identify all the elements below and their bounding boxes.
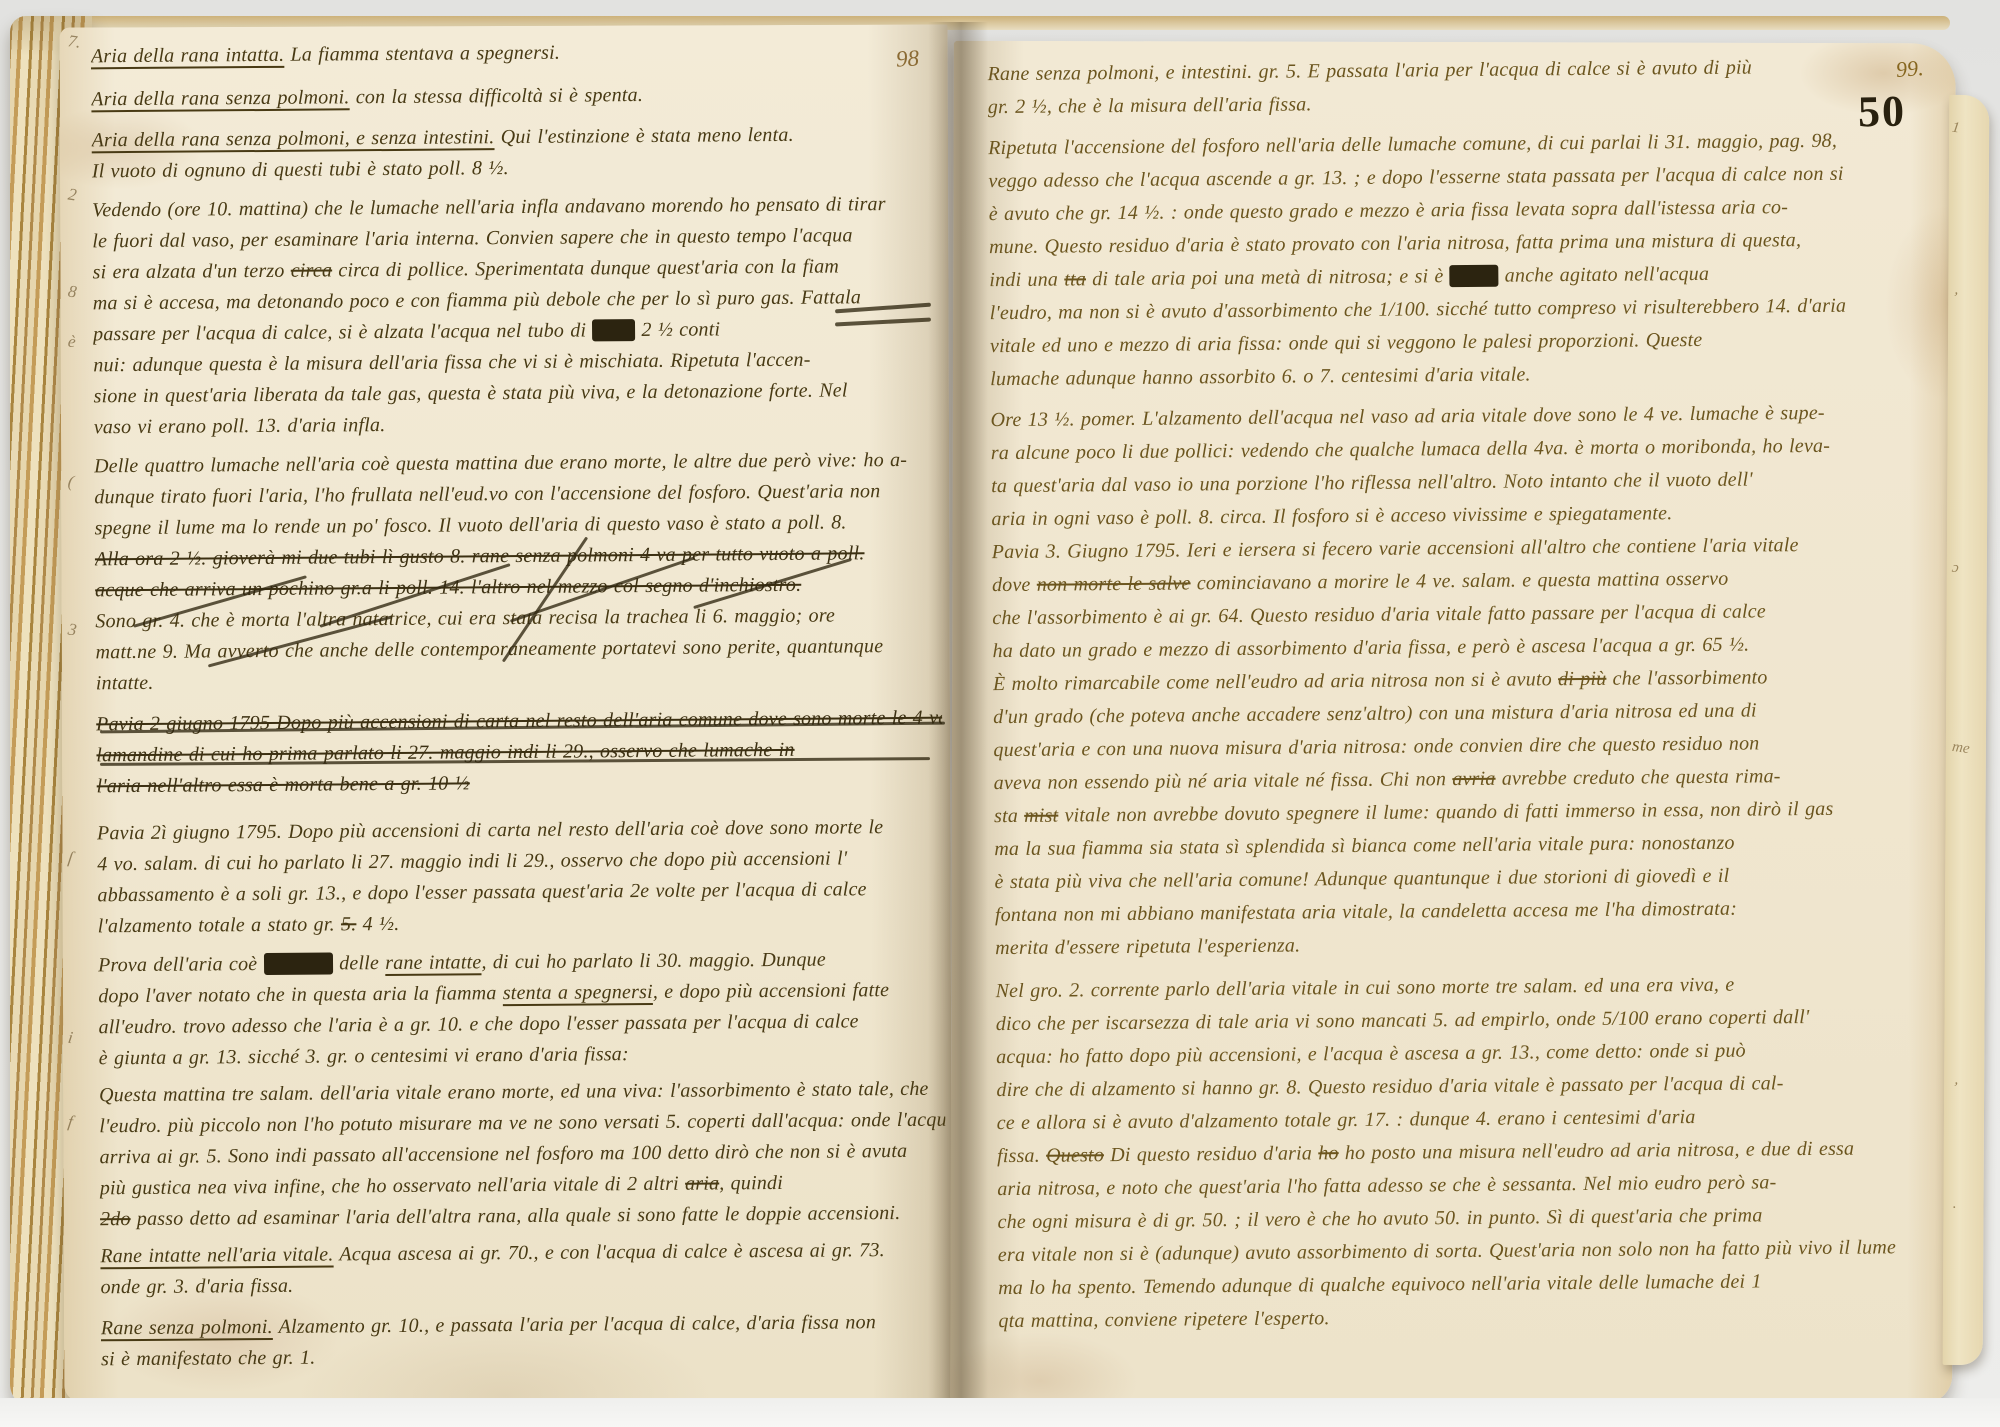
manuscript-text-segment: all'eudro. trovo adesso che l'aria è a g…	[98, 1010, 858, 1038]
manuscript-line: Aria della rana senza polmoni. con la st…	[91, 78, 937, 116]
manuscript-text-segment: che ogni misura è di gr. 50. ; il vero è…	[997, 1204, 1762, 1233]
manuscript-text-segment: Rane intatte nell'aria vitale.	[100, 1243, 333, 1267]
manuscript-text-segment: passare per l'acqua di calce, si è alzat…	[93, 319, 593, 345]
margin-mark: f	[67, 1112, 74, 1132]
manuscript-text-segment: era vitale non si è (adunque) avuto asso…	[998, 1236, 1896, 1266]
manuscript-text-segment: , di cui ho parlato li 30. maggio. Dunqu…	[481, 949, 826, 974]
manuscript-text-segment: nell'aria	[263, 952, 333, 975]
manuscript-text-segment: circa	[291, 259, 333, 281]
margin-mark: 2	[67, 185, 78, 206]
manuscript-text-segment: l'eudro, ma non si è avuto d'assorbiment…	[990, 295, 1847, 324]
manuscript-text-segment: ra alcune poco li due pollici: vedendo c…	[991, 435, 1830, 464]
manuscript-text-segment: ce e allora si è avuto d'alzamento total…	[997, 1106, 1696, 1134]
manuscript-text-segment: che l'assorbimento è ai gr. 64. Questo r…	[992, 600, 1766, 629]
manuscript-text-segment: le fuori dal vaso, per esaminare l'aria …	[92, 224, 852, 252]
manuscript-text-segment: è giunta a gr. 13. sicché 3. gr. o cente…	[99, 1043, 629, 1069]
manuscript-text-segment: Il vuoto di ognuno di questi tubi è stat…	[92, 157, 509, 182]
manuscript-text-segment: tta	[1064, 268, 1086, 290]
manuscript-line: l'alzamento totale a stato gr. 5. 4 ½.	[98, 905, 944, 943]
manuscript-text-segment: matt.ne 9. Ma avverto che anche delle co…	[95, 635, 883, 663]
margin-mark: ·	[1951, 1200, 1957, 1217]
margin-mark: i	[67, 1028, 74, 1048]
manuscript-text-segment: onde gr. 3. d'aria fissa.	[100, 1275, 293, 1299]
manuscript-text-segment: indi una	[989, 269, 1064, 292]
manuscript-text-segment: l'eudro. più piccolo non l'ho potuto mis…	[99, 1109, 945, 1138]
manuscript-line: vaso vi erano poll. 13. d'aria infla.	[94, 406, 940, 444]
margin-mark: ’	[1951, 290, 1958, 308]
manuscript-text-segment: Ripetuta l'accensione del fosforo nell'a…	[988, 130, 1837, 159]
manuscript-text-segment: Vedendo (ore 10. mattina) che le lumache…	[92, 193, 886, 221]
manuscript-text-segment: abbassamento è a soli gr. 13., e dopo l'…	[97, 878, 866, 906]
manuscript-text-segment: Di questo residuo d'aria	[1104, 1142, 1318, 1166]
manuscript-text-segment: d'un grado (che poteva anche accadere se…	[993, 699, 1757, 728]
manuscript-text-segment: è stata più viva che nell'aria comune! A…	[995, 865, 1730, 893]
manuscript-line: gr. 2 ½, che è la misura dell'aria fissa…	[988, 83, 1938, 124]
manuscript-text-segment: Pavia 2ì giugno 1795. Dopo più accension…	[97, 816, 884, 844]
margin-mark: ’	[1951, 1080, 1958, 1098]
manuscript-text-segment: avrebbe creduto che questa rima-	[1495, 765, 1780, 789]
manuscript-text-segment: Sono gr. 4. che è morta l'altra natatric…	[95, 605, 835, 633]
manuscript-text-segment: 4 vo. salam. di cui ho parlato li 27. ma…	[97, 847, 847, 875]
manuscript-text-segment: Questo	[1046, 1144, 1104, 1167]
manuscript-text-segment: aria	[685, 1172, 719, 1194]
manuscript-line: Aria della rana intatta. La fiamma stent…	[91, 35, 937, 73]
manuscript-text-segment: sione in quest'aria liberata da tale gas…	[93, 379, 847, 407]
manuscript-text-segment: spegne il lume ma lo rende un po' fosco.…	[95, 511, 847, 539]
manuscript-text-segment: Alla ora 2 ½. gioverà mi due tubi lì gus…	[95, 542, 865, 570]
manuscript-text-segment: ta quest'aria dal vaso io una porzione l…	[991, 469, 1753, 498]
manuscript-line: abbassamento è a soli gr. 13., e dopo l'…	[97, 874, 943, 912]
manuscript-text-segment: cominciavano a morire le 4 ve. salam. e …	[1190, 568, 1728, 595]
manuscript-text-segment: intatte.	[96, 672, 154, 694]
manuscript-text-segment: nui: adunque questa è la misura dell'ari…	[93, 349, 810, 377]
manuscript-text-segment: gr. 2.	[592, 319, 635, 341]
manuscript-text-segment: ho posto una misura nell'eudro ad aria n…	[1339, 1138, 1855, 1164]
manuscript-text-segment: aveva non essendo più né aria vitale né …	[994, 768, 1453, 794]
manuscript-text-segment: vaso vi erano poll. 13. d'aria infla.	[94, 414, 386, 438]
manuscript-text-segment: 2do	[100, 1208, 131, 1230]
margin-mark: (	[67, 472, 75, 493]
manuscript-text-segment: Prova dell'aria coè	[98, 953, 264, 976]
manuscript-line: lumache adunque hanno assorbito 6. o 7. …	[990, 355, 1940, 396]
manuscript-text-segment: dico che per iscarsezza di tale aria vi …	[996, 1006, 1810, 1035]
manuscript-text-segment: che l'assorbimento	[1606, 666, 1767, 689]
manuscript-text-segment: ma la sua fiamma sia stata sì splendida …	[994, 832, 1734, 860]
manuscript-text-segment: Pavia 3. Giugno 1795. Ieri e iersera si …	[992, 534, 1799, 563]
margin-mark: 1	[1951, 120, 1961, 138]
margin-mark: 3	[67, 620, 78, 641]
manuscript-text-segment: , e dopo più accensioni fatte	[653, 979, 889, 1003]
manuscript-text-segment: dopo l'aver notato che in questa aria la…	[98, 982, 503, 1007]
manuscript-text-segment: passo detto ad esaminar l'aria dell'altr…	[131, 1202, 901, 1230]
manuscript-text-segment: avria	[1452, 768, 1495, 790]
manuscript-line: merita d'essere ripetuta l'esperienza.	[995, 924, 1945, 965]
manuscript-text-segment: Acqua ascesa ai gr. 70., e con l'acqua d…	[333, 1239, 884, 1265]
manuscript-text-segment: vitale ed uno e mezzo di aria fissa: ond…	[990, 329, 1703, 357]
manuscript-line: Rane senza polmoni. Alzamento gr. 10., e…	[101, 1307, 947, 1345]
manuscript-text-segment: mune. Questo residuo d'aria è stato prov…	[989, 229, 1801, 258]
manuscript-text-segment: 2 ½ conti	[635, 318, 720, 341]
margin-mark: 7.	[67, 31, 82, 53]
manuscript-text-segment: Aria della rana senza polmoni.	[91, 86, 350, 110]
manuscript-text-segment: dove	[992, 574, 1037, 596]
manuscript-text-segment: acque che arriva un pochino gr.a li poll…	[95, 574, 801, 602]
manuscript-text-segment: Rane senza polmoni, e intestini. gr. 5. …	[987, 56, 1752, 85]
manuscript-text-segment: Nel gro. 2. corrente parlo dell'aria vit…	[995, 974, 1734, 1002]
manuscript-text-segment: Rane senza polmoni.	[101, 1316, 273, 1339]
manuscript-line: è giunta a gr. 13. sicché 3. gr. o cente…	[99, 1037, 945, 1075]
manuscript-text-segment: l'aria nell'altro essa è morta bene a gr…	[97, 772, 470, 797]
manuscript-text-segment: Aria della rana senza polmoni, e senza i…	[91, 126, 494, 151]
manuscript-text-segment: ho	[1318, 1142, 1339, 1164]
manuscript-text-segment: con la stessa difficoltà si è spenta.	[349, 84, 643, 108]
manuscript-line: Pavia 2 giugno 1795 Dopo più accensioni …	[96, 703, 942, 741]
manuscript-text-segment: arriva ai gr. 5. Sono indi passato all'a…	[99, 1140, 907, 1168]
manuscript-line: all'eudro. trovo adesso che l'aria è a g…	[98, 1006, 944, 1044]
manuscript-text-segment: qta mattina, conviene ripetere l'esperto…	[998, 1307, 1329, 1332]
manuscript-text-segment: acqua: ho fatto dopo più accensioni, e l…	[996, 1040, 1746, 1069]
manuscript-text-segment: Ore 13 ½. pomer. L'alzamento dell'acqua …	[990, 402, 1824, 431]
manuscript-text-segment: si era alzata d'un terzo	[93, 260, 291, 284]
manuscript-line: 2do passo detto ad esaminar l'aria dell'…	[100, 1198, 946, 1236]
margin-mark: me	[1951, 739, 1971, 758]
manuscript-text-segment: anche	[1450, 265, 1499, 287]
manuscript-text-segment: fontana non mi abbiano manifestata aria …	[995, 898, 1737, 926]
manuscript-text-segment: Questa mattina tre salam. dell'aria vita…	[99, 1078, 929, 1107]
manuscript-text-segment: aria in ogni vaso è poll. 8. circa. Il f…	[991, 502, 1672, 530]
manuscript-text-segment: fissa.	[997, 1145, 1046, 1167]
manuscript-text-segment: 5.	[341, 913, 357, 935]
manuscript-line: l'aria nell'altro essa è morta bene a gr…	[97, 765, 943, 803]
manuscript-text-segment: Alzamento gr. 10., e passata l'aria per …	[273, 1311, 876, 1338]
manuscript-text-segment: merita d'essere ripetuta l'esperienza.	[995, 934, 1300, 959]
manuscript-line: Il vuoto di ognuno di questi tubi è stat…	[92, 150, 938, 188]
photo-background: 98 99. 50 7.28è(3ſif 1’ɔme’· Aria della …	[0, 0, 2000, 1427]
manuscript-text-segment: l'alzamento totale a stato gr.	[98, 913, 341, 937]
manuscript-text-segment: Qui l'estinzione è stata meno lenta.	[494, 124, 793, 148]
manuscript-text-segment: quest'aria e con una nuova misura d'aria…	[993, 732, 1759, 761]
manuscript-text-segment: dire che di alzamento si hanno gr. 8. Qu…	[996, 1072, 1783, 1101]
manuscript-line: arriva ai gr. 5. Sono indi passato all'a…	[99, 1136, 945, 1174]
manuscript-text-segment: 4 ½.	[356, 913, 399, 935]
manuscript-text-segment: circa di pollice. Sperimentata dunque qu…	[332, 255, 839, 281]
manuscript-text-segment: non morte le salve	[1037, 572, 1191, 595]
manuscript-text-segment: ma lo ha spento. Temendo adunque di qual…	[998, 1270, 1762, 1299]
manuscript-text-segment: anche agitato nell'acqua	[1498, 263, 1709, 287]
manuscript-text-segment: si è manifestato che gr. 1.	[101, 1347, 315, 1371]
margin-mark: ɔ	[1951, 560, 1960, 578]
manuscript-text-segment: stenta a spegnersi	[503, 981, 653, 1004]
table-surface	[0, 1398, 2000, 1427]
manuscript-line: si è manifestato che gr. 1.	[101, 1338, 947, 1376]
manuscript-text-segment: Delle quattro lumache nell'aria coè ques…	[94, 449, 907, 477]
manuscript-text-segment: rane intatte	[385, 951, 481, 974]
manuscript-text-segment: dunque tirato fuori l'aria, l'ho frullat…	[94, 480, 880, 508]
right-page-text: Rane senza polmoni, e intestini. gr. 5. …	[987, 50, 1948, 1338]
manuscript-text-segment: di più	[1558, 668, 1607, 690]
margin-mark: è	[67, 332, 77, 353]
manuscript-line: onde gr. 3. d'aria fissa.	[100, 1266, 946, 1304]
manuscript-text-segment: mist	[1024, 805, 1058, 827]
manuscript-text-segment: È molto rimarcabile come nell'eudro ad a…	[993, 668, 1558, 695]
manuscript-text-segment: , quindi	[719, 1172, 783, 1194]
manuscript-text-segment: ha dato un grado e mezzo di assorbimento…	[993, 634, 1750, 663]
left-page-text: Aria della rana intatta. La fiamma stent…	[91, 35, 947, 1376]
manuscript-text-segment: è avuto che gr. 14 ½. : onde questo grad…	[989, 196, 1788, 225]
manuscript-text-segment: più gustica nea viva infine, che ho osse…	[100, 1173, 685, 1200]
manuscript-text-segment: lumache adunque hanno assorbito 6. o 7. …	[990, 363, 1531, 390]
margin-mark: ſ	[67, 848, 74, 868]
manuscript-text-segment: La fiamma stentava a spegnersi.	[284, 42, 560, 66]
margin-mark: 8	[67, 282, 78, 303]
manuscript-text-segment: sta	[994, 805, 1024, 827]
manuscript-text-segment: ma si è accesa, ma detonando poco e con …	[93, 286, 861, 314]
manuscript-text-segment: veggo adesso che l'acqua ascende a gr. 1…	[988, 163, 1843, 192]
manuscript-line: sione in quest'aria liberata da tale gas…	[93, 375, 939, 413]
right-edge-marks: 1’ɔme’·	[1952, 40, 1986, 1370]
manuscript-line: Rane intatte nell'aria vitale. Acqua asc…	[100, 1235, 946, 1273]
manuscript-text-segment: Aria della rana intatta.	[91, 44, 285, 68]
manuscript-text-segment: di tale aria poi una metà di nitrosa; e …	[1086, 265, 1450, 290]
manuscript-text-segment: delle	[333, 952, 385, 974]
manuscript-text-segment: vitale non avrebbe dovuto spegnere il lu…	[1058, 798, 1833, 827]
manuscript-text-segment: gr. 2 ½, che è la misura dell'aria fissa…	[988, 93, 1312, 118]
manuscript-text-segment: aria nitrosa, e noto che quest'aria l'ho…	[997, 1171, 1776, 1200]
